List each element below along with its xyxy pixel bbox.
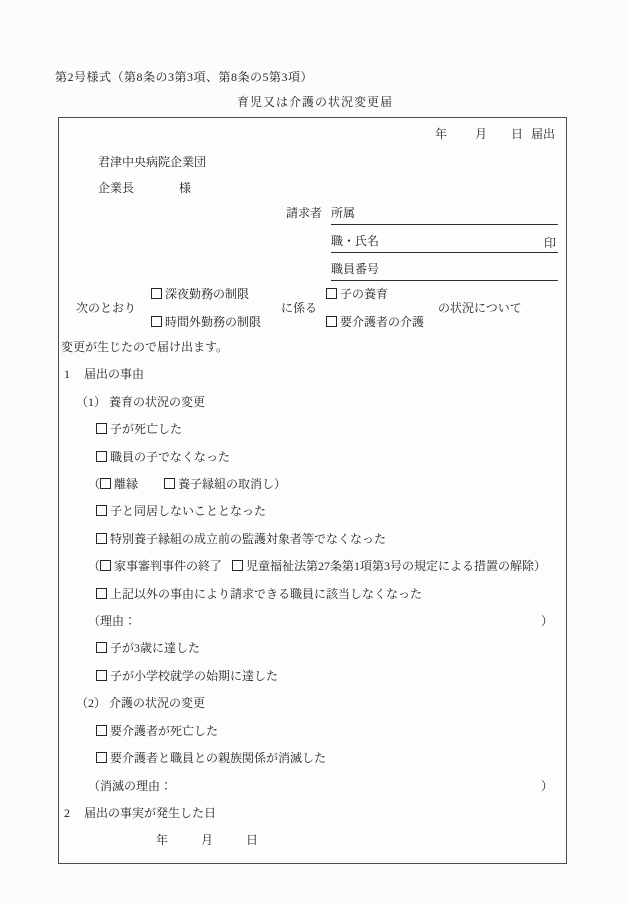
month-label: 月: [475, 127, 487, 141]
form-number-line: 第2号様式（第8条の3第3項、第8条の5第3項）: [55, 68, 313, 85]
checkbox-icon: [151, 316, 162, 327]
checkbox-icon: [96, 752, 107, 763]
form-body: 変更が生じたので届け出ます。 1届出の事由 （1）養育の状況の変更 子が死亡した…: [59, 334, 566, 855]
item-other-reason: 上記以外の事由により請求できる職員に該当しなくなった: [59, 581, 566, 608]
reason-field: （理由：）: [59, 608, 566, 635]
item-cared-died: 要介護者が死亡した: [59, 718, 566, 745]
option-childcare: 子の養育: [326, 285, 388, 302]
item-label: 離縁: [114, 477, 138, 491]
item-not-employee-child: 職員の子でなくなった: [59, 444, 566, 471]
notice-tail: の状況について: [438, 299, 522, 316]
checkbox-icon: [326, 316, 337, 327]
addressee-honorific: 様: [179, 181, 191, 195]
section-number: 1: [64, 361, 70, 388]
section-title: 届出の事由: [84, 367, 144, 381]
paren-open: （: [88, 477, 100, 491]
reason-open: （理由：: [88, 614, 136, 628]
document-page: 第2号様式（第8条の3第3項、第8条の5第3項） 育児又は介護の状況変更届 年月…: [0, 0, 630, 903]
month-label: 月: [201, 833, 213, 847]
claimant-label: 請求者: [286, 204, 322, 221]
checkbox-icon: [326, 288, 337, 299]
section-2-heading: 2届出の事実が発生した日: [59, 800, 566, 827]
item-special-adoption: 特別養子縁組の成立前の監護対象者等でなくなった: [59, 526, 566, 553]
page-title: 育児又は介護の状況変更届: [0, 93, 630, 110]
checkbox-icon: [96, 588, 107, 599]
item-label: 家事審判事件の終了: [114, 559, 222, 573]
option-night-work-label: 深夜勤務の制限: [165, 287, 249, 301]
subsection-number: （1）: [76, 395, 106, 409]
item-school-start: 子が小学校就学の始期に達した: [59, 663, 566, 690]
checkbox-icon: [151, 288, 162, 299]
occurrence-date-row: 年月日: [59, 827, 566, 854]
item-label: 子と同居しないこととなった: [110, 504, 266, 518]
item-not-cohabiting: 子と同居しないこととなった: [59, 498, 566, 525]
addressee-organization: 君津中央病院企業団: [98, 153, 206, 170]
option-overtime-label: 時間外勤務の制限: [165, 315, 261, 329]
checkbox-icon: [96, 423, 107, 434]
item-label: 職員の子でなくなった: [110, 450, 230, 464]
option-childcare-label: 子の養育: [340, 287, 388, 301]
notice-connector: に係る: [281, 299, 317, 316]
option-nursing: 要介護者の介護: [326, 313, 424, 330]
item-label: 上記以外の事由により請求できる職員に該当しなくなった: [110, 587, 422, 601]
checkbox-icon: [96, 670, 107, 681]
checkbox-icon: [164, 478, 175, 489]
name-label: 職・氏名: [331, 234, 379, 248]
checkbox-icon: [232, 560, 243, 571]
checkbox-icon: [96, 451, 107, 462]
section-1-heading: 1届出の事由: [59, 361, 566, 388]
subsection-1-heading: （1）養育の状況の変更: [59, 389, 566, 416]
year-label: 年: [435, 127, 447, 141]
item-label: 養子縁組の取消し: [178, 477, 274, 491]
affiliation-label: 所属: [331, 206, 355, 220]
subsection-title: 介護の状況の変更: [109, 696, 205, 710]
employee-number-field: 職員番号: [331, 260, 558, 281]
paren-open: （: [88, 559, 100, 573]
addressee-post: 企業長: [98, 181, 134, 195]
item-court-welfare-options: （家事審判事件の終了児童福祉法第27条第1項第3号の規定による措置の解除）: [59, 553, 566, 580]
checkbox-icon: [96, 533, 107, 544]
item-divorce-options: （離縁養子縁組の取消し）: [59, 471, 566, 498]
item-label: 子が小学校就学の始期に達した: [110, 669, 278, 683]
subsection-title: 養育の状況の変更: [109, 395, 205, 409]
section-number: 2: [64, 800, 70, 827]
item-child-died: 子が死亡した: [59, 416, 566, 443]
employee-number-label: 職員番号: [331, 262, 379, 276]
submit-label: 届出: [531, 127, 555, 141]
subsection-2-heading: （2）介護の状況の変更: [59, 690, 566, 717]
day-label: 日: [511, 127, 523, 141]
day-label: 日: [246, 833, 258, 847]
seal-label: 印: [544, 234, 556, 251]
extinct-reason-field: （消滅の理由：）: [59, 773, 566, 800]
paren-close: ）: [274, 477, 286, 491]
item-age3: 子が3歳に達した: [59, 635, 566, 662]
notice-lead: 次のとおり: [76, 299, 136, 316]
reason-close: ）: [541, 608, 553, 635]
item-label: 子が死亡した: [110, 422, 182, 436]
item-label: 子が3歳に達した: [110, 641, 200, 655]
item-label: 要介護者と職員との親族関係が消滅した: [110, 751, 326, 765]
reason-close: ）: [541, 773, 553, 800]
option-overtime: 時間外勤務の制限: [151, 313, 261, 330]
checkbox-icon: [96, 642, 107, 653]
option-night-work: 深夜勤務の制限: [151, 285, 249, 302]
checkbox-icon: [96, 505, 107, 516]
addressee-row: 企業長様: [98, 179, 191, 196]
checkbox-icon: [100, 560, 111, 571]
form-border-box: 年月日届出 君津中央病院企業団 企業長様 請求者 所属 職・氏名 印 職員番号 …: [58, 117, 567, 864]
reason-open: （消滅の理由：: [88, 779, 172, 793]
submission-date-row: 年月日届出: [435, 125, 555, 142]
checkbox-icon: [100, 478, 111, 489]
item-relation-extinct: 要介護者と職員との親族関係が消滅した: [59, 745, 566, 772]
year-label: 年: [156, 833, 168, 847]
subsection-number: （2）: [76, 696, 106, 710]
name-field: 職・氏名 印: [331, 232, 558, 253]
checkbox-icon: [96, 725, 107, 736]
notice-closing: 変更が生じたので届け出ます。: [59, 334, 566, 361]
affiliation-field: 所属: [331, 204, 558, 225]
section-title: 届出の事実が発生した日: [84, 806, 216, 820]
item-label: 児童福祉法第27条第1項第3号の規定による措置の解除: [246, 559, 534, 573]
option-nursing-label: 要介護者の介護: [340, 315, 424, 329]
paren-close: ）: [534, 559, 546, 573]
item-label: 特別養子縁組の成立前の監護対象者等でなくなった: [110, 532, 386, 546]
item-label: 要介護者が死亡した: [110, 724, 218, 738]
